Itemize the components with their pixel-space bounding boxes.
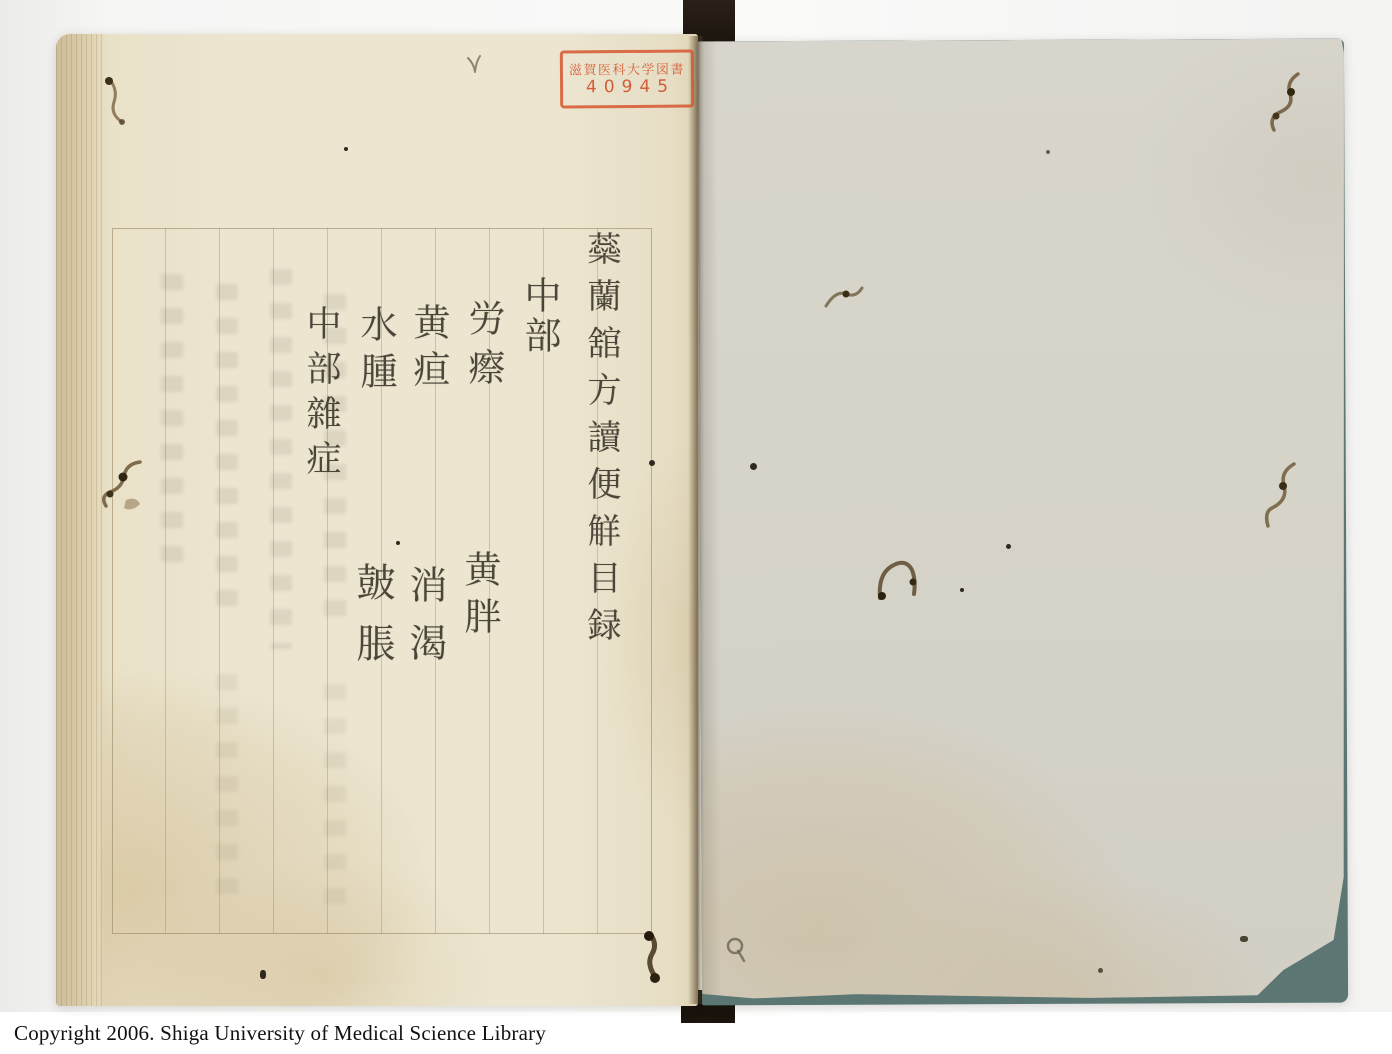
wormhole-trail <box>1258 458 1304 534</box>
library-stamp: 滋賀医科大学図書 40945 <box>560 50 694 109</box>
verso-bleedthrough <box>270 269 292 649</box>
wormhole-mark <box>636 930 666 986</box>
fly-speck <box>344 147 348 151</box>
endpaper <box>698 39 1348 1006</box>
book-gutter <box>688 36 704 1004</box>
small-mark <box>462 52 488 78</box>
verso-bleedthrough <box>216 284 238 624</box>
fly-speck <box>649 460 655 466</box>
right-page-back-cover <box>698 39 1348 1006</box>
entry-chubu-zassho: 中部雜症 <box>296 305 346 485</box>
verso-bleedthrough <box>324 684 346 914</box>
wormhole-mark <box>822 280 866 314</box>
fly-speck <box>1098 968 1103 973</box>
copyright-caption: Copyright 2006. Shiga University of Medi… <box>14 1021 546 1046</box>
entry-odan: 黄疸 <box>401 303 455 397</box>
verso-bleedthrough <box>216 674 238 894</box>
stamp-institution: 滋賀医科大学図書 <box>569 62 685 78</box>
fly-speck <box>1006 544 1011 549</box>
wormhole-mark <box>100 72 140 132</box>
stamp-accession-number: 40945 <box>579 77 675 96</box>
section-heading: 中部 <box>512 276 566 356</box>
fly-speck <box>260 970 266 979</box>
wormhole-trail <box>1258 66 1310 140</box>
title-column: 蘂蘭舘方讀便觧目録 <box>577 231 626 654</box>
wormhole-trail <box>872 538 924 608</box>
entry-kocho: 皷脹 <box>344 562 400 684</box>
photograph-of-open-book: 蘂蘭舘方讀便觧目録 中部 労瘵 黄胖 黄疸 消渴 水腫 皷脹 中部雜症 滋賀医科… <box>0 0 1392 1054</box>
small-mark <box>722 934 750 966</box>
entry-ohan: 黄胖 <box>452 550 506 644</box>
entry-suishu: 水腫 <box>348 305 402 399</box>
wormhole-trail <box>96 452 148 528</box>
fly-speck <box>1046 150 1050 154</box>
fly-speck <box>960 588 964 592</box>
fly-speck <box>396 541 400 545</box>
verso-bleedthrough <box>161 274 183 574</box>
entry-shokatsu: 消渴 <box>398 565 453 681</box>
entry-rosai: 労瘵 <box>456 299 510 397</box>
fly-speck <box>1240 936 1248 942</box>
fly-speck <box>750 463 757 470</box>
